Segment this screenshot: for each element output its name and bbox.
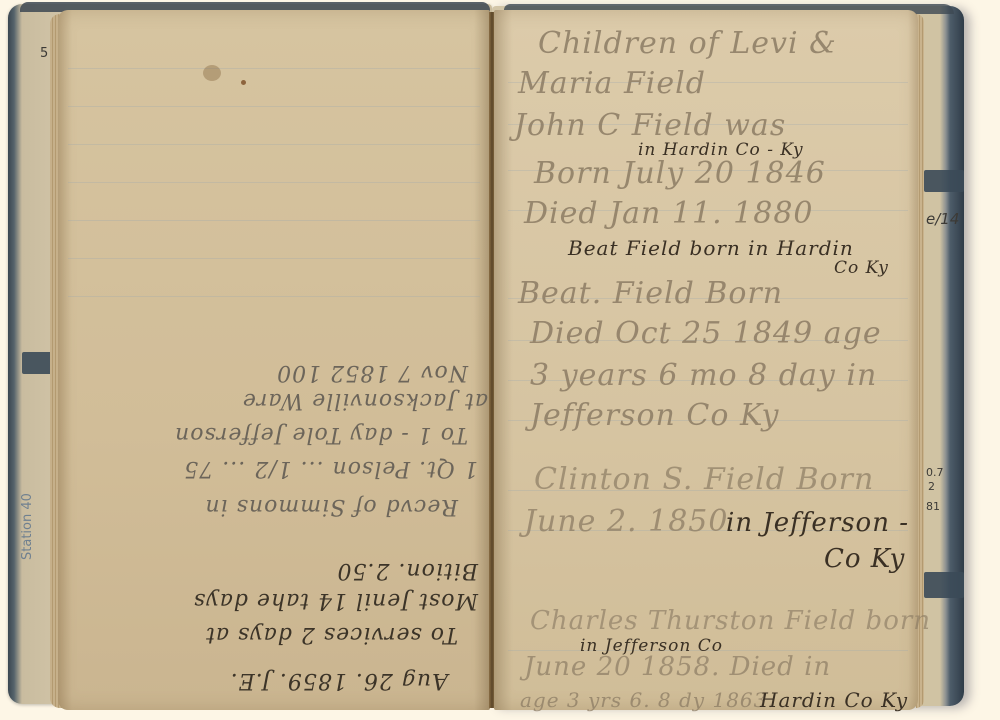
- entry-charles-line2: June 20 1858. Died in: [524, 652, 831, 682]
- cover-tear-patch: [924, 572, 964, 598]
- ruled-line: [68, 258, 480, 259]
- right-page: Children of Levi & Maria Field John C Fi…: [494, 10, 918, 710]
- entry-john-line2: Born July 20 1846: [534, 156, 826, 191]
- entry-john-line3: Died Jan 11. 1880: [524, 196, 814, 231]
- left-page-ink-line: Most Jenil 14 tahe days: [98, 588, 478, 613]
- record-heading: Children of Levi &: [538, 26, 837, 61]
- cover-note-bottom-left: Station 40: [20, 493, 35, 560]
- cover-note-right: e/14: [926, 210, 959, 228]
- record-heading: Maria Field: [518, 66, 706, 101]
- entry-beat-line4: Jefferson Co Ky: [530, 398, 779, 433]
- left-page-ink-line: To services 2 days at: [118, 622, 458, 647]
- cover-note-right-num: 0.7: [926, 466, 944, 479]
- left-page-pencil-line: Recvd of Simmons in: [118, 494, 458, 519]
- ruled-line: [68, 68, 480, 69]
- left-page-pencil-line: 1 Qt. Pelson ... 1/2 ... 75: [98, 456, 478, 481]
- cover-note-right-num: 81: [926, 500, 940, 513]
- entry-clinton-insert: Co Ky: [824, 544, 905, 574]
- entry-beat-line3: 3 years 6 mo 8 day in: [530, 358, 877, 393]
- cover-tear-patch: [924, 170, 964, 192]
- ruled-line: [68, 144, 480, 145]
- entry-clinton-line1: Clinton S. Field Born: [534, 462, 874, 497]
- cover-note-right-num: 2: [928, 480, 935, 493]
- entry-charles-line3: age 3 yrs 6. 8 dy 1863.: [520, 688, 775, 712]
- entry-charles-insert: Hardin Co Ky: [760, 688, 908, 712]
- ruled-line: [68, 220, 480, 221]
- left-page-pencil-line: Nov 7 1852 100: [98, 360, 468, 385]
- entry-clinton-line2: June 2. 1850: [524, 504, 728, 539]
- ruled-line: [68, 296, 480, 297]
- left-page: Nov 7 1852 100 at Jacksonville Ware To 1…: [58, 10, 490, 710]
- entry-john-line1: John C Field was: [514, 108, 786, 143]
- ruled-line: [68, 182, 480, 183]
- entry-beat-insert: Beat Field born in Hardin: [568, 236, 854, 260]
- entry-beat-insert: Co Ky: [834, 258, 889, 278]
- entry-beat-line1: Beat. Field Born: [518, 276, 783, 311]
- paper-stain: [241, 80, 246, 85]
- left-page-pencil-line: at Jacksonville Ware: [88, 388, 488, 413]
- left-page-ink-line: Aug 26. 1859. J.E.: [148, 668, 448, 693]
- entry-clinton-insert: in Jefferson -: [726, 508, 909, 538]
- entry-beat-line2: Died Oct 25 1849 age: [530, 316, 882, 351]
- ruled-line: [68, 106, 480, 107]
- left-page-pencil-line: To 1 - day Tole Jefferson: [168, 422, 468, 447]
- paper-stain: [203, 65, 221, 81]
- entry-charles-line1: Charles Thurston Field born: [530, 606, 931, 636]
- left-page-ink-line: Bition. 2.50: [98, 558, 478, 583]
